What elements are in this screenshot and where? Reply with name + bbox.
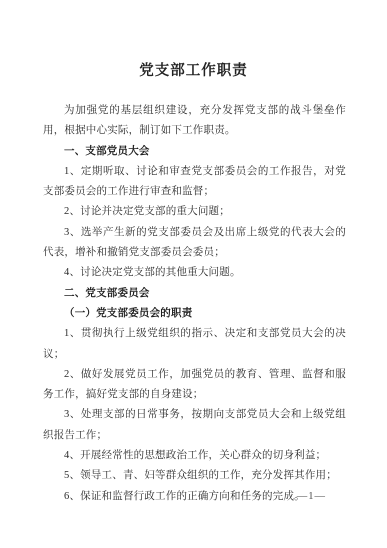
paragraph: 1、定期听取、讨论和审查党支部委员会的工作报告，对党支部委员会的工作进行审查和监… xyxy=(43,162,346,203)
paragraph: 4、开展经常性的思想政治工作，关心群众的切身利益； xyxy=(43,446,346,466)
paragraph: 3、处理支部的日常事务，按期向支部党员大会和上级党组织报告工作； xyxy=(43,405,346,446)
paragraph: 3、选举产生新的党支部委员会及出席上级党的代表大会的代表，增补和撤销党支部委员会… xyxy=(43,223,346,264)
document-title: 党支部工作职责 xyxy=(0,60,387,82)
paragraph: 2、做好发展党员工作，加强党员的教育、管理、监督和服务工作，搞好党支部的自身建设… xyxy=(43,365,346,406)
paragraph: 为加强党的基层组织建设，充分发挥党支部的战斗堡垒作用，根据中心实际，制订如下工作… xyxy=(43,101,346,142)
paragraph: 1、贯彻执行上级党组织的指示、决定和支部党员大会的决议； xyxy=(43,324,346,365)
document-page: 党支部工作职责 为加强党的基层组织建设，充分发挥党支部的战斗堡垒作用，根据中心实… xyxy=(0,0,387,548)
section-heading: 二、党支部委员会 xyxy=(43,284,346,304)
section-heading: （一）党支部委员会的职责 xyxy=(43,304,346,324)
document-body: 为加强党的基层组织建设，充分发挥党支部的战斗堡垒作用，根据中心实际，制订如下工作… xyxy=(43,101,346,507)
page-number: —1— xyxy=(297,490,326,504)
paragraph: 5、领导工、青、妇等群众组织的工作，充分发挥其作用； xyxy=(43,466,346,486)
paragraph: 4、讨论决定党支部的其他重大问题。 xyxy=(43,263,346,283)
section-heading: 一、支部党员大会 xyxy=(43,142,346,162)
paragraph: 2、讨论并决定党支部的重大问题； xyxy=(43,202,346,222)
